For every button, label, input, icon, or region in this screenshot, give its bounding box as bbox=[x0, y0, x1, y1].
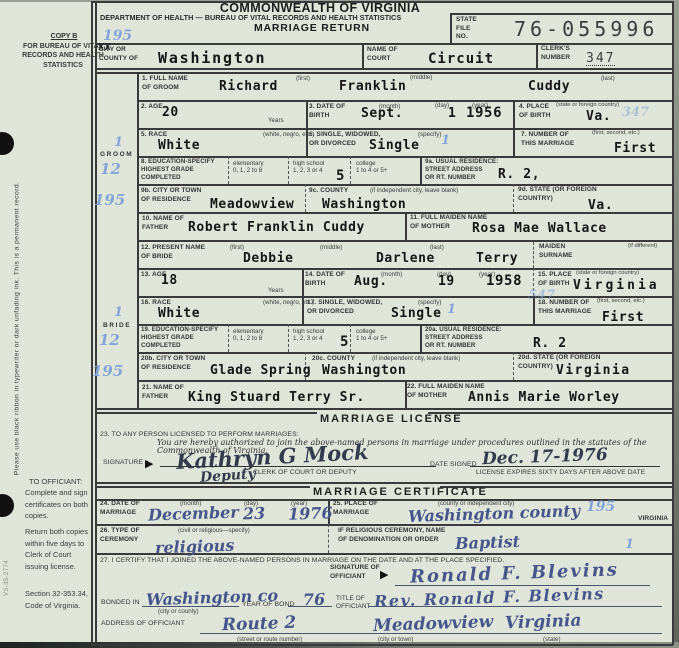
bride-dob-month: Aug. bbox=[354, 275, 388, 288]
bride-county-hint: (if independent city, leave blank) bbox=[372, 355, 460, 362]
groom-city-value: Meadowview bbox=[210, 198, 294, 211]
bride-middle-name: Darlene bbox=[376, 252, 435, 265]
groom-marital-tick: 1 bbox=[441, 134, 450, 147]
bride-section-label: BRIDE bbox=[103, 322, 131, 331]
bride-edu-div3 bbox=[350, 324, 351, 352]
headrow-bottomline-2 bbox=[95, 72, 672, 74]
groom-years-label: Years bbox=[268, 117, 284, 124]
license-expires-label: LICENSE EXPIRES SIXTY DAYS AFTER ABOVE D… bbox=[476, 469, 645, 478]
groom-marriage-no-value: First bbox=[614, 142, 656, 155]
date-signed-rule bbox=[470, 466, 660, 467]
groom-hint-first: (first) bbox=[296, 75, 310, 82]
bride-years-label: Years bbox=[268, 287, 284, 294]
address-state-value: Virginia bbox=[505, 613, 582, 633]
bride-first-name: Debbie bbox=[243, 252, 294, 265]
groom-father-value: Robert Franklin Cuddy bbox=[188, 221, 365, 234]
bride-county-value: Washington bbox=[322, 364, 406, 377]
groom-residence-label: 9a. USUAL RESIDENCE: STREET ADDRESS OR R… bbox=[425, 158, 498, 183]
bride-father-label: 21. NAME OF FATHER bbox=[142, 384, 184, 401]
groom-edu-div2 bbox=[288, 156, 289, 184]
groom-birthplace-value: Va. bbox=[586, 110, 611, 123]
groom-dob-label: 3. DATE OF BIRTH bbox=[309, 103, 345, 120]
bride-maiden-label: MAIDEN SURNAME bbox=[539, 243, 573, 260]
bride-marital-label: 17. SINGLE, WIDOWED, OR DIVORCED bbox=[307, 299, 382, 316]
groom-race-value: White bbox=[158, 139, 200, 152]
groom-row5-div2 bbox=[513, 184, 514, 212]
bride-edu-elementary: elementary 0, 1, 2 to 8 bbox=[233, 328, 264, 343]
address-state-hint: (state) bbox=[543, 636, 561, 643]
bride-row8-div1 bbox=[302, 268, 304, 324]
groom-age-value: 20 bbox=[162, 106, 179, 119]
bride-hint-middle: (middle) bbox=[320, 244, 342, 251]
groom-edu-elementary: elementary 0, 1, 2 to 8 bbox=[233, 160, 264, 175]
bride-row10-div bbox=[420, 324, 422, 352]
address-of-officiant-label: ADDRESS OF OFFICIANT bbox=[101, 620, 185, 629]
headrow-divider-court bbox=[362, 43, 364, 68]
bonded-in-hint: (city or county) bbox=[158, 608, 199, 615]
row-line-296 bbox=[137, 296, 672, 298]
cert-place-label: 25. PLACE OF MARRIAGE bbox=[333, 500, 378, 517]
to-officiant-note-1: Complete and sign certificates on both c… bbox=[25, 487, 88, 522]
bride-marriage-no-value: First bbox=[602, 311, 644, 324]
bride-dob-label: 14. DATE OF BIRTH bbox=[305, 271, 345, 288]
clerk-number-value: 347 bbox=[586, 52, 615, 66]
address-street-value: Route 2 bbox=[222, 615, 297, 635]
bride-edu-div2 bbox=[288, 324, 289, 352]
headrow-topline bbox=[95, 43, 672, 45]
groom-edu-college: college 1 to 4 or 5+ bbox=[356, 160, 387, 175]
bride-last-name: Terry bbox=[476, 252, 518, 265]
headrow-bottomline-1 bbox=[95, 68, 672, 70]
license-topline-2a bbox=[95, 412, 317, 414]
bride-row11-div2 bbox=[513, 352, 514, 380]
bride-pencil-1: 1 bbox=[114, 306, 123, 319]
bride-birthplace-label: 15. PLACE OF BIRTH bbox=[538, 271, 572, 288]
state-file-number: 76-055996 bbox=[514, 19, 658, 39]
form-name: MARRIAGE RETURN bbox=[254, 23, 370, 34]
groom-birthplace-label: 4. PLACE OF BIRTH bbox=[519, 103, 551, 120]
cert-ceremony-hint: (civil or religious—specify) bbox=[178, 527, 250, 534]
court-value: Circuit bbox=[428, 52, 494, 66]
groom-row6-div bbox=[405, 212, 407, 240]
groom-marital-value: Single bbox=[369, 139, 420, 152]
bride-birthplace-value: Virginia bbox=[573, 279, 660, 292]
address-street-hint: (street or route number) bbox=[237, 636, 302, 643]
license-topline-2b bbox=[428, 412, 672, 414]
groom-age-label: 2. AGE bbox=[141, 103, 163, 112]
groom-race-hint: (white, negro, etc.) bbox=[263, 131, 314, 138]
state-file-label: STATE FILE NO. bbox=[456, 16, 477, 42]
bonded-in-label: BONDED IN bbox=[101, 599, 140, 608]
cert-month-value: December bbox=[148, 504, 239, 523]
cert-pencil-1: 1 bbox=[625, 538, 634, 551]
license-topline-1 bbox=[95, 408, 672, 410]
bride-marital-value: Single bbox=[391, 307, 442, 320]
bride-street-value: R. 2 bbox=[533, 337, 567, 350]
bride-edu-highschool: high school 1, 2, 3 or 4 bbox=[293, 328, 324, 343]
cert-denomination-value: Baptist bbox=[455, 534, 520, 552]
cert-year-value: 1976 bbox=[288, 505, 333, 523]
groom-county-hint: (if independent city, leave blank) bbox=[370, 187, 458, 194]
groom-row5-div1 bbox=[305, 184, 306, 212]
groom-edu-highschool: high school 1, 2, 3 or 4 bbox=[293, 160, 324, 175]
to-officiant-note-3: Section 32-353.34, Code of Virginia. bbox=[25, 588, 88, 611]
cert-virginia-printed: VIRGINIA bbox=[638, 515, 668, 524]
border-left-outer bbox=[91, 1, 93, 645]
bride-edu-value: 5 bbox=[340, 335, 349, 349]
bride-edu-college: college 1 to 4 or 5+ bbox=[356, 328, 387, 343]
license-title: MARRIAGE LICENSE bbox=[320, 414, 463, 425]
bride-dob-year: 1958 bbox=[486, 274, 522, 288]
bride-race-value: White bbox=[158, 307, 200, 320]
address-city-hint: (city or town) bbox=[378, 636, 413, 643]
city-county-value: Washington bbox=[158, 51, 266, 66]
groom-hint-last: (last) bbox=[601, 75, 615, 82]
bride-marriage-no-hint: (first, second, etc.) bbox=[597, 298, 645, 305]
title-of-officiant-label: TITLE OF OFFICIANT bbox=[336, 595, 371, 612]
cert-topline-1 bbox=[95, 482, 672, 484]
form-number: VS-35-2774 bbox=[4, 553, 10, 603]
groom-first-name: Richard bbox=[219, 80, 278, 93]
headrow-divider-clerk bbox=[536, 43, 538, 68]
bride-dob-day: 19 bbox=[438, 275, 455, 288]
bride-state-value: Virginia bbox=[556, 364, 631, 377]
signature-arrow-icon: ▶ bbox=[145, 457, 153, 470]
license-signature-label: SIGNATURE bbox=[103, 459, 143, 468]
groom-edu-div1 bbox=[228, 156, 229, 184]
to-officiant-heading: TO OFFICIANT: bbox=[29, 476, 82, 488]
clerk-signature-rule bbox=[160, 466, 436, 467]
border-right bbox=[672, 1, 674, 645]
groom-fullname-label: 1. FULL NAME OF GROOM bbox=[142, 75, 188, 92]
bride-row9-div2 bbox=[533, 296, 535, 324]
page-subtitle: DEPARTMENT OF HEALTH — BUREAU OF VITAL R… bbox=[100, 14, 401, 21]
cert-day-value: 23 bbox=[243, 506, 266, 523]
address-city-value: Meadowview bbox=[373, 614, 494, 635]
hole-punch-bottom bbox=[0, 494, 14, 517]
groom-state-label: 9d. STATE (OR FOREIGN COUNTRY) bbox=[518, 186, 597, 203]
cert-topline-2a bbox=[95, 486, 310, 488]
hole-punch-top bbox=[0, 132, 14, 155]
groom-birthplace-hint: (state or foreign country) bbox=[556, 102, 619, 109]
cert-row26-div bbox=[328, 524, 329, 553]
groom-state-value: Va. bbox=[588, 199, 613, 212]
groom-dob-month: Sept. bbox=[361, 107, 403, 120]
groom-last-name: Cuddy bbox=[528, 80, 570, 93]
groom-pencil-12: 12 bbox=[100, 162, 121, 177]
cert-place-value: Washington county bbox=[408, 503, 581, 525]
cert-ceremony-value: religious bbox=[155, 538, 235, 557]
groom-marriage-no-hint: (first, second, etc.) bbox=[592, 130, 640, 137]
bride-maiden-div bbox=[533, 242, 534, 268]
bride-name-label: 12. PRESENT NAME OF BRIDE bbox=[141, 244, 205, 261]
officiant-signature-arrow-icon: ▶ bbox=[380, 568, 388, 581]
groom-hint-middle: (middle) bbox=[410, 74, 432, 81]
bride-edu-div1 bbox=[228, 324, 229, 352]
groom-pencil-1: 1 bbox=[114, 136, 123, 149]
officiant-signature-value: Ronald F. Blevins bbox=[410, 561, 619, 586]
bride-pencil-12: 12 bbox=[99, 333, 120, 348]
cert-denomination-label: IF RELIGIOUS CEREMONY, NAME OF DENOMINAT… bbox=[338, 527, 445, 544]
groom-edu-div3 bbox=[350, 156, 351, 184]
year-of-bond-label: YEAR OF BOND bbox=[242, 601, 295, 610]
groom-county-value: Washington bbox=[322, 198, 406, 211]
bride-hint-first: (first) bbox=[230, 244, 244, 251]
to-officiant-note-2: Return both copies within five days to C… bbox=[25, 526, 88, 573]
cert-pencil-195: 195 bbox=[586, 500, 615, 514]
copy-b-label: COPY B bbox=[28, 32, 100, 41]
bride-city-value: Glade Spring bbox=[210, 364, 311, 377]
groom-edu-value: 5 bbox=[336, 169, 345, 183]
groom-bride-divider bbox=[137, 240, 672, 242]
margin-vertical-note: Please use black ribbon in typewriter or… bbox=[15, 88, 22, 568]
certificate-title: MARRIAGE CERTIFICATE bbox=[313, 487, 488, 498]
marriage-return-document: COPY B FOR BUREAU OF VITAL RECORDS AND H… bbox=[0, 0, 679, 648]
groom-city-label: 9b. CITY OR TOWN OF RESIDENCE bbox=[141, 187, 202, 204]
date-signed-value: Dec. 17-1976 bbox=[482, 447, 608, 468]
groom-county-label: 9c. COUNTY bbox=[309, 187, 348, 196]
bride-maiden-hint: (if different) bbox=[628, 243, 657, 250]
border-left-inner bbox=[95, 1, 97, 645]
bride-age-value: 18 bbox=[161, 274, 178, 287]
groom-marital-hint: (specify) bbox=[418, 131, 441, 138]
bride-marriage-no-label: 18. NUMBER OF THIS MARRIAGE bbox=[538, 299, 591, 316]
groom-father-label: 10. NAME OF FATHER bbox=[142, 215, 184, 232]
groom-pencil-195: 195 bbox=[94, 193, 125, 208]
bride-marital-tick: 1 bbox=[447, 303, 456, 316]
groom-middle-name: Franklin bbox=[339, 80, 406, 93]
groom-row4-div bbox=[420, 156, 422, 184]
groom-mother-value: Rosa Mae Wallace bbox=[472, 222, 607, 235]
officiant-signature-label: SIGNATURE OF OFFICIANT bbox=[330, 564, 380, 581]
bride-pencil-195: 195 bbox=[92, 364, 123, 379]
cert-date-label: 24. DATE OF MARRIAGE bbox=[100, 500, 140, 517]
groom-dob-day: 1 bbox=[448, 107, 456, 120]
clerk-number-label: CLERK'S NUMBER bbox=[541, 45, 570, 62]
court-label: NAME OF COURT bbox=[367, 46, 398, 63]
cert-ceremony-label: 26. TYPE OF CEREMONY bbox=[100, 527, 140, 544]
groom-street-value: R. 2, bbox=[498, 168, 540, 181]
clerk-of-court-label: CLERK OF COURT OR DEPUTY bbox=[253, 469, 357, 478]
year-of-bond-rule bbox=[288, 606, 332, 607]
border-bottom bbox=[91, 644, 673, 646]
groom-dob-year: 1956 bbox=[466, 106, 502, 120]
row-line-156 bbox=[137, 156, 672, 158]
groom-bleed-mark: 347 bbox=[622, 106, 649, 119]
scan-edge-right bbox=[674, 0, 679, 648]
groom-education-label: 8. EDUCATION-SPECIFY HIGHEST GRADE COMPL… bbox=[141, 158, 215, 183]
bride-city-label: 20b. CITY OR TOWN OF RESIDENCE bbox=[141, 355, 205, 372]
groom-marriage-no-label: 7. NUMBER OF THIS MARRIAGE bbox=[521, 131, 574, 148]
bride-birthplace-hint: (state or foreign country) bbox=[576, 270, 639, 277]
title-of-officiant-rule bbox=[368, 606, 662, 607]
groom-dob-hint-day: (day) bbox=[435, 102, 449, 109]
bride-mother-value: Annis Marie Worley bbox=[468, 391, 620, 404]
cert-row-line-524 bbox=[95, 524, 672, 526]
city-strikeout: XX bbox=[98, 43, 111, 53]
bonded-in-rule bbox=[142, 606, 239, 607]
bride-education-label: 19. EDUCATION-SPECIFY HIGHEST GRADE COMP… bbox=[141, 326, 218, 351]
groom-row3-div2 bbox=[513, 128, 515, 156]
groom-section-label: GROOM bbox=[100, 151, 133, 160]
bride-father-value: King Stuard Terry Sr. bbox=[188, 391, 365, 404]
bride-residence-label: 20a. USUAL RESIDENCE: STREET ADDRESS OR … bbox=[425, 326, 502, 351]
state-file-divider bbox=[450, 13, 452, 43]
state-file-topline bbox=[450, 13, 672, 15]
